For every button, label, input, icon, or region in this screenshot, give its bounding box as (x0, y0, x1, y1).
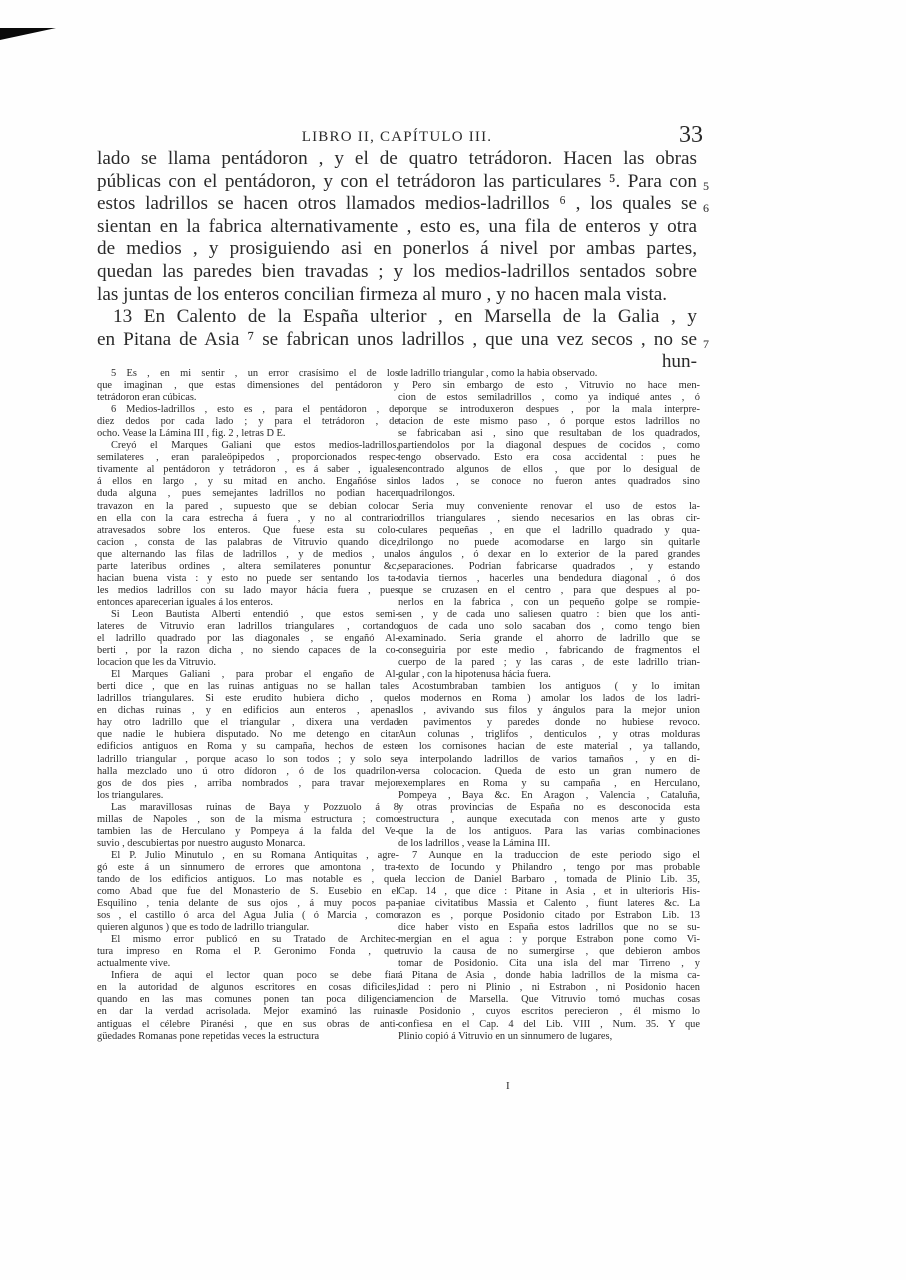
footnote-line-text: examinado. Seria grande el ahorro de lad… (398, 633, 700, 645)
main-text-line: de medios , y prosiguiendo asi en ponerl… (97, 238, 697, 261)
footnote-line: atravesados sobre los enteros. Que fuese… (97, 525, 399, 537)
footnote-line-text: 7 Aunque en la traduccion de este period… (412, 850, 700, 862)
footnote-line: á Pitana de Asia , donde habia ladrillos… (398, 970, 700, 982)
footnote-line: ocho. Vease la Lámina III , fig. 2 , let… (97, 428, 399, 440)
footnote-line-text: nerlos en la fabrica , con un pequeño go… (398, 597, 700, 609)
footnote-line-text: tivamente al pentádoron y tetrádoron , e… (97, 464, 399, 476)
footnote-line: tivamente al pentádoron y tetrádoron , e… (97, 464, 399, 476)
footnote-line-text: El P. Julio Minutulo , en su Romana Anti… (111, 850, 399, 862)
footnote-line: hay otro ladrillo que el triangular , di… (97, 717, 399, 729)
footnote-line-text: gular , con la hipotenusa hácia fuera. (398, 669, 700, 681)
footnote-line-text: versa colocacion. Queda de esto un gran … (398, 766, 700, 778)
footnote-line-text: Las maravillosas ruinas de Baya y Pozzuo… (111, 802, 399, 814)
footnote-line: que imaginan , que estas dimensiones del… (97, 380, 399, 392)
footnote-line: cion de estos semiladrillos , como ya in… (398, 392, 700, 404)
margin-footnote-marker: 7 (703, 333, 709, 356)
footnote-line: halla mezclado uno ú otro dídoron , ó de… (97, 766, 399, 778)
main-text-line: sientan en la fabrica alternativamente ,… (97, 216, 697, 239)
footnote-line-text: diez dedos por cada lado ; y para el tet… (97, 416, 399, 428)
footnote-line-text: Pompeya , Baya &c. En Aragon , Valencia … (398, 790, 700, 802)
footnote-line-text: lateres de Vitruvio eran ladrillos trian… (97, 621, 399, 633)
footnote-line: y otras provincias de España no es desco… (398, 802, 700, 814)
footnote-line-text: tetrádoron eran cúbicas. (97, 392, 399, 404)
footnote-line-text: drillos triangulares , siendo necesarios… (398, 513, 700, 525)
main-text-line: en Pitana de Asia ⁷ se fabrican unos lad… (97, 329, 697, 352)
footnote-line-text: suvio , descubiertas por nuestro augusto… (97, 838, 399, 850)
footnote-line: guos de cada uno solo sacaban dos , como… (398, 621, 700, 633)
footnote-line: El mismo error publicó en su Tratado de … (97, 934, 399, 946)
footnote-line: Aun colunas , triglifos , denticulos , y… (398, 729, 700, 741)
footnote-line-text: entonces aparecerian iguales á los enter… (97, 597, 399, 609)
line-text: públicas con el pentádoron, y con el tet… (97, 171, 697, 194)
footnote-line-text: en dar la verdad acrisolada. Mejor exami… (97, 1006, 399, 1018)
footnote-line: en los cornisones hacian de este materia… (398, 741, 700, 753)
margin-footnote-marker: 5 (703, 175, 709, 198)
footnote-line-text: exemplares en Roma y su campaña , en Her… (398, 778, 700, 790)
footnote-line-text: edificios antiguos en Roma y su campaña,… (97, 741, 399, 753)
footnote-line: llos , avivando sus filos y ángulos para… (398, 705, 700, 717)
footnote-line: güedades Romanas pone repetidas veces la… (97, 1031, 399, 1043)
footnote-line-text: cion de estos semiladrillos , como ya in… (398, 392, 700, 404)
footnote-line: Pero sin embargo de esto , Vitruvio no h… (398, 380, 700, 392)
footnote-line: les medios ladrillos con su lado mayor h… (97, 585, 399, 597)
footnote-line-text: de Posidonio , cuyos escritos perecieron… (398, 1006, 700, 1018)
line-text: las juntas de los enteros concilian firm… (97, 284, 697, 307)
footnote-line: á ellos en largo , y su mitad en ancho. … (97, 476, 399, 488)
running-title: LIBRO II, CAPÍTULO III. (97, 129, 697, 146)
footnote-line: porque se introduxeron despues , por la … (398, 404, 700, 416)
footnote-line-text: que alternando las filas de ladrillos , … (97, 549, 399, 561)
footnote-line: drilongo no puede acomodarse en largo si… (398, 537, 700, 549)
footnote-line: berti dice , que en las ruinas antiguas … (97, 681, 399, 693)
footnote-line-text: texto de Iocundo y Philandro , tengo por… (398, 862, 700, 874)
footnote-line-text: Seria muy conveniente renovar el uso de … (412, 501, 700, 513)
footnote-line: que alternando las filas de ladrillos , … (97, 549, 399, 561)
footnote-line-text: halla mezclado uno ú otro dídoron , ó de… (97, 766, 399, 778)
line-text: sientan en la fabrica alternativamente ,… (97, 216, 697, 239)
footnote-line-text: ya interpolando ladrillos de varios tama… (398, 754, 700, 766)
page-number: 33 (679, 122, 703, 149)
running-head: LIBRO II, CAPÍTULO III. 33 (97, 126, 697, 150)
footnote-line: versa colocacion. Queda de esto un gran … (398, 766, 700, 778)
footnote-line-text: truvio la causa de no sumergirse , que d… (398, 946, 700, 958)
footnote-line-text: estructura , aunque executada con menos … (398, 814, 700, 826)
footnote-line-text: travazon en la pared , supuesto que se d… (97, 501, 399, 513)
footnote-line-text: dice haber visto en España estos ladrill… (398, 922, 700, 934)
footnote-line: mergian en el agua : y porque Estrabon p… (398, 934, 700, 946)
footnote-line: Acostumbraban tambien los antiguos ( y l… (398, 681, 700, 693)
footnote-line-text: hacian buena vista : y esto no puede ser… (97, 573, 399, 585)
footnote-line: sen , y de cada uno saliesen quatro : bi… (398, 609, 700, 621)
footnote-line-text: paniae civitatibus Massia et Calento , f… (398, 898, 700, 910)
footnote-line: Si Leon Bautista Alberti entendió , que … (97, 609, 399, 621)
signature-mark: I (506, 1080, 510, 1092)
footnote-line: locacion que les da Vitruvio. (97, 657, 399, 669)
footnote-line: quieren algunos ) que es todo de ladrill… (97, 922, 399, 934)
footnote-line-text: razon es , porque Posidonio citado por E… (398, 910, 700, 922)
footnote-line-text: quadrilongos. (398, 488, 700, 500)
footnote-line-text: separaciones. Podrian fabricarse quadrad… (398, 561, 700, 573)
main-text-line: estos ladrillos se hacen otros llamados … (97, 193, 697, 216)
footnote-line: Cap. 14 , que dice : Pitane in Asia , et… (398, 886, 700, 898)
footnote-line: dice haber visto en España estos ladrill… (398, 922, 700, 934)
footnote-line-text: porque se introduxeron despues , por la … (398, 404, 700, 416)
footnote-line: Creyó el Marques Galiani que estos medio… (97, 440, 399, 452)
footnote-line-text: Si Leon Bautista Alberti entendió , que … (111, 609, 399, 621)
footnote-line-text: culares pequeñas , en que el ladrillo qu… (398, 525, 700, 537)
footnote-line-text: berti , por la razon dicha , no siendo c… (97, 645, 399, 657)
footnotes-right-column: de ladrillo triangular , como la habia o… (398, 368, 700, 1043)
footnote-line: en pavimentos y paredes donde no hubiese… (398, 717, 700, 729)
footnote-line: cuerpo de la pared ; y las caras , de es… (398, 657, 700, 669)
footnote-line: 7 Aunque en la traduccion de este period… (398, 850, 700, 862)
footnote-line-text: cacion , consta de las palabras de Vitru… (97, 537, 399, 549)
footnote-line: la leccion de Daniel Barbaro , tomada de… (398, 874, 700, 886)
footnote-line: edificios antiguos en Roma y su campaña,… (97, 741, 399, 753)
scan-corner-shadow (0, 28, 56, 40)
footnote-line-text: gos de dos pies , arriba nombrados , par… (97, 778, 399, 790)
footnote-line-text: Acostumbraban tambien los antiguos ( y l… (412, 681, 700, 693)
footnote-line-text: sen , y de cada uno saliesen quatro : bi… (398, 609, 700, 621)
footnote-line: duda alguna , pues semejantes ladrillos … (97, 488, 399, 500)
footnote-line: mencion de Marsella. Que Vitruvio tomó m… (398, 994, 700, 1006)
footnote-line-text: sos , el castillo ó arca del Agua Julia … (97, 910, 399, 922)
footnote-line-text: Aun colunas , triglifos , denticulos , y… (398, 729, 700, 741)
footnote-line-text: en pavimentos y paredes donde no hubiese… (398, 717, 700, 729)
footnote-line: separaciones. Podrian fabricarse quadrad… (398, 561, 700, 573)
footnote-line: lateres de Vitruvio eran ladrillos trian… (97, 621, 399, 633)
footnote-line-text: en ella con la cara estrecha á fuera , y… (97, 513, 399, 525)
footnote-line: en ella con la cara estrecha á fuera , y… (97, 513, 399, 525)
footnote-line-text: quando en las mas comunes ponen tan poca… (97, 994, 399, 1006)
line-text: estos ladrillos se hacen otros llamados … (97, 193, 697, 216)
footnote-line: estructura , aunque executada con menos … (398, 814, 700, 826)
footnote-line-text: les medios ladrillos con su lado mayor h… (97, 585, 399, 597)
main-text-line: las juntas de los enteros concilian firm… (97, 284, 697, 307)
footnote-line: tengo observado. Esto era cosa accidenta… (398, 452, 700, 464)
footnote-line-text: Plinio copió á Vitruvio en un sinnumero … (398, 1031, 700, 1043)
footnote-line-text: en la autoridad de algunos escritores en… (97, 982, 399, 994)
footnote-line: en la autoridad de algunos escritores en… (97, 982, 399, 994)
footnote-line-text: güedades Romanas pone repetidas veces la… (97, 1031, 399, 1043)
footnote-line-text: 6 Medios-ladrillos , esto es , para el p… (111, 404, 399, 416)
footnote-line-text: duda alguna , pues semejantes ladrillos … (97, 488, 399, 500)
footnote-line: millas de Napoles , son de la misma estr… (97, 814, 399, 826)
main-text-line: 13 En Calento de la España ulterior , en… (97, 306, 697, 329)
footnote-line: que se cruzasen en el centro , para que … (398, 585, 700, 597)
footnote-line-text: á Pitana de Asia , donde habia ladrillos… (398, 970, 700, 982)
footnote-line: actualmente vive. (97, 958, 399, 970)
footnote-line-text: y otras provincias de España no es desco… (398, 802, 700, 814)
footnote-line-text: la leccion de Daniel Barbaro , tomada de… (398, 874, 700, 886)
footnote-line: Esquilino , tenia delante de sus ojos , … (97, 898, 399, 910)
footnote-line: tambien las de Herculano y Pompeya á la … (97, 826, 399, 838)
line-text: de medios , y prosiguiendo asi en ponerl… (97, 238, 697, 261)
footnote-line: de los ladrillos , vease la Lámina III. (398, 838, 700, 850)
footnote-line: que la de los antiguos. Para las varias … (398, 826, 700, 838)
footnote-line: ya interpolando ladrillos de varios tama… (398, 754, 700, 766)
footnote-line-text: Infiera de aqui el lector quan poco se d… (111, 970, 399, 982)
footnote-line: de ladrillo triangular , como la habia o… (398, 368, 700, 380)
footnote-line-text: los lados , se conoce no fueron antes qu… (398, 476, 700, 488)
footnote-line-text: Cap. 14 , que dice : Pitane in Asia , et… (398, 886, 700, 898)
footnote-line: Pompeya , Baya &c. En Aragon , Valencia … (398, 790, 700, 802)
footnote-line-text: Creyó el Marques Galiani que estos medio… (111, 440, 399, 452)
footnote-line: los modernos en Roma ) amolar los lados … (398, 693, 700, 705)
footnote-line: tura impreso en Roma el P. Geronimo Fond… (97, 946, 399, 958)
footnote-line: Seria muy conveniente renovar el uso de … (398, 501, 700, 513)
footnote-line: texto de Iocundo y Philandro , tengo por… (398, 862, 700, 874)
footnote-line-text: tacion de este mismo paso , ó porque est… (398, 416, 700, 428)
footnote-line: suvio , descubiertas por nuestro augusto… (97, 838, 399, 850)
footnote-line: quadrilongos. (398, 488, 700, 500)
footnote-line-text: guos de cada uno solo sacaban dos , como… (398, 621, 700, 633)
footnote-line: culares pequeñas , en que el ladrillo qu… (398, 525, 700, 537)
footnote-line: en dar la verdad acrisolada. Mejor exami… (97, 1006, 399, 1018)
footnote-line: gó este á un sinnumero de errores que am… (97, 862, 399, 874)
footnote-line: los lados , se conoce no fueron antes qu… (398, 476, 700, 488)
footnote-line: todavia tiernos , hacerles una bendedura… (398, 573, 700, 585)
footnote-line: que nadie le hubiera disputado. No me de… (97, 729, 399, 741)
footnote-line-text: el ladrillo quadrado por las diagonales … (97, 633, 399, 645)
footnote-line-text: drilongo no puede acomodarse en largo si… (398, 537, 700, 549)
footnote-line: tacion de este mismo paso , ó porque est… (398, 416, 700, 428)
footnote-line: lidad : pero ni Plinio , ni Estrabon , n… (398, 982, 700, 994)
footnote-line-text: de ladrillo triangular , como la habia o… (398, 368, 700, 380)
footnote-line: tomar de Posidonio. Cita una isla del ma… (398, 958, 700, 970)
footnote-line-text: mencion de Marsella. Que Vitruvio tomó m… (398, 994, 700, 1006)
footnote-line: gos de dos pies , arriba nombrados , par… (97, 778, 399, 790)
footnote-line-text: á ellos en largo , y su mitad en ancho. … (97, 476, 399, 488)
footnote-line: gular , con la hipotenusa hácia fuera. (398, 669, 700, 681)
footnote-line: El Marques Galiani , para probar el enga… (97, 669, 399, 681)
footnote-line: examinado. Seria grande el ahorro de lad… (398, 633, 700, 645)
footnote-line: drillos triangulares , siendo necesarios… (398, 513, 700, 525)
footnote-line-text: de los ladrillos , vease la Lámina III. (398, 838, 700, 850)
footnote-line-text: llos , avivando sus filos y ángulos para… (398, 705, 700, 717)
footnote-line: conseguiria por este medio , fabricando … (398, 645, 700, 657)
line-text: lado se llama pentádoron , y el de quatr… (97, 148, 697, 171)
footnote-line: Las maravillosas ruinas de Baya y Pozzuo… (97, 802, 399, 814)
footnote-line: El P. Julio Minutulo , en su Romana Anti… (97, 850, 399, 862)
footnote-line-text: atravesados sobre los enteros. Que fuese… (97, 525, 399, 537)
footnote-line-text: que la de los antiguos. Para las varias … (398, 826, 700, 838)
footnote-line-text: hay otro ladrillo que el triangular , di… (97, 717, 399, 729)
footnote-line: truvio la causa de no sumergirse , que d… (398, 946, 700, 958)
margin-footnote-marker: 6 (703, 197, 709, 220)
footnote-line-text: Pero sin embargo de esto , Vitruvio no h… (412, 380, 700, 392)
main-text-line: públicas con el pentádoron, y con el tet… (97, 171, 697, 194)
footnote-line: partiendolos por la diagonal despues de … (398, 440, 700, 452)
footnote-line: 6 Medios-ladrillos , esto es , para el p… (97, 404, 399, 416)
footnote-line: berti , por la razon dicha , no siendo c… (97, 645, 399, 657)
footnote-line: semilateres , eran paraleöpipedos , prop… (97, 452, 399, 464)
footnote-line: exemplares en Roma y su campaña , en Her… (398, 778, 700, 790)
footnote-line-text: cuerpo de la pared ; y las caras , de es… (398, 657, 700, 669)
footnote-line-text: lidad : pero ni Plinio , ni Estrabon , n… (398, 982, 700, 994)
footnote-line: tando de los edificios antiguos. Lo mas … (97, 874, 399, 886)
footnote-line-text: semilateres , eran paraleöpipedos , prop… (97, 452, 399, 464)
footnote-line-text: tambien las de Herculano y Pompeya á la … (97, 826, 399, 838)
footnote-line-text: tengo observado. Esto era cosa accidenta… (398, 452, 700, 464)
footnote-line: de Posidonio , cuyos escritos perecieron… (398, 1006, 700, 1018)
footnote-line-text: ladrillo triangular , porque acaso lo so… (97, 754, 399, 766)
footnote-line: tetrádoron eran cúbicas. (97, 392, 399, 404)
footnote-line: Infiera de aqui el lector quan poco se d… (97, 970, 399, 982)
footnote-line-text: tomar de Posidonio. Cita una isla del ma… (398, 958, 700, 970)
footnote-line-text: que nadie le hubiera disputado. No me de… (97, 729, 399, 741)
line-text: en Pitana de Asia ⁷ se fabrican unos lad… (97, 329, 697, 352)
footnote-line-text: que se cruzasen en el centro , para que … (398, 585, 700, 597)
footnote-line-text: partiendolos por la diagonal despues de … (398, 440, 700, 452)
footnote-line-text: Esquilino , tenia delante de sus ojos , … (97, 898, 399, 910)
footnote-line: se fabricaban asi , sino que resultaban … (398, 428, 700, 440)
footnote-line: los triangulares. (97, 790, 399, 802)
footnote-line-text: mergian en el agua : y porque Estrabon p… (398, 934, 700, 946)
footnote-line-text: El Marques Galiani , para probar el enga… (111, 669, 399, 681)
footnote-line: encontrado algunos de ellos , que por lo… (398, 464, 700, 476)
footnote-line: parte lateribus ordines , altera semilat… (97, 561, 399, 573)
footnote-line-text: antiguas el célebre Piranési , que en su… (97, 1019, 399, 1031)
footnote-line: 5 Es , en mi sentir , un error crasísimo… (97, 368, 399, 380)
footnote-line-text: los ángulos , ó dexar en lo exterior de … (398, 549, 700, 561)
footnote-line: Plinio copió á Vitruvio en un sinnumero … (398, 1031, 700, 1043)
footnote-line-text: tura impreso en Roma el P. Geronimo Fond… (97, 946, 399, 958)
footnote-line: cacion , consta de las palabras de Vitru… (97, 537, 399, 549)
footnotes-left-column: 5 Es , en mi sentir , un error crasísimo… (97, 368, 399, 1043)
footnote-line-text: encontrado algunos de ellos , que por lo… (398, 464, 700, 476)
footnote-line-text: quieren algunos ) que es todo de ladrill… (97, 922, 399, 934)
footnote-line: confiesa en el Cap. 4 del Lib. VIII , Nu… (398, 1019, 700, 1031)
footnote-line-text: en dichas ruinas , y en edificios aun en… (97, 705, 399, 717)
footnote-line: entonces aparecerian iguales á los enter… (97, 597, 399, 609)
footnote-line-text: conseguiria por este medio , fabricando … (398, 645, 700, 657)
line-text: 13 En Calento de la España ulterior , en… (113, 306, 697, 329)
footnote-line-text: los modernos en Roma ) amolar los lados … (398, 693, 700, 705)
footnote-line: sos , el castillo ó arca del Agua Julia … (97, 910, 399, 922)
footnote-line: los ángulos , ó dexar en lo exterior de … (398, 549, 700, 561)
main-text-line: quedan las paredes bien travadas ; y los… (97, 261, 697, 284)
footnote-line-text: ocho. Vease la Lámina III , fig. 2 , let… (97, 428, 399, 440)
footnote-line-text: berti dice , que en las ruinas antiguas … (97, 681, 399, 693)
footnote-line-text: parte lateribus ordines , altera semilat… (97, 561, 399, 573)
footnote-line-text: actualmente vive. (97, 958, 399, 970)
footnote-line: en dichas ruinas , y en edificios aun en… (97, 705, 399, 717)
footnote-line: diez dedos por cada lado ; y para el tet… (97, 416, 399, 428)
footnote-line: ladrillo triangular , porque acaso lo so… (97, 754, 399, 766)
footnote-line-text: confiesa en el Cap. 4 del Lib. VIII , Nu… (398, 1019, 700, 1031)
footnote-line-text: gó este á un sinnumero de errores que am… (97, 862, 399, 874)
footnote-line: como Abad que fue del Monasterio de S. E… (97, 886, 399, 898)
footnote-line: hacian buena vista : y esto no puede ser… (97, 573, 399, 585)
footnote-line-text: tando de los edificios antiguos. Lo mas … (97, 874, 399, 886)
footnote-line-text: todavia tiernos , hacerles una bendedura… (398, 573, 700, 585)
footnote-line: razon es , porque Posidonio citado por E… (398, 910, 700, 922)
main-text-line: lado se llama pentádoron , y el de quatr… (97, 148, 697, 171)
footnote-line: travazon en la pared , supuesto que se d… (97, 501, 399, 513)
footnote-line: el ladrillo quadrado por las diagonales … (97, 633, 399, 645)
footnote-line-text: los triangulares. (97, 790, 399, 802)
footnote-line-text: ladrillos triangulares. Si este erudito … (97, 693, 399, 705)
footnote-line-text: se fabricaban asi , sino que resultaban … (398, 428, 700, 440)
footnote-line: paniae civitatibus Massia et Calento , f… (398, 898, 700, 910)
footnote-line-text: millas de Napoles , son de la misma estr… (97, 814, 399, 826)
footnote-line: antiguas el célebre Piranési , que en su… (97, 1019, 399, 1031)
footnote-line-text: como Abad que fue del Monasterio de S. E… (97, 886, 399, 898)
footnote-line: nerlos en la fabrica , con un pequeño go… (398, 597, 700, 609)
footnote-line-text: 5 Es , en mi sentir , un error crasísimo… (111, 368, 399, 380)
footnote-line: quando en las mas comunes ponen tan poca… (97, 994, 399, 1006)
footnote-line-text: El mismo error publicó en su Tratado de … (111, 934, 399, 946)
footnote-line: ladrillos triangulares. Si este erudito … (97, 693, 399, 705)
footnote-line-text: que imaginan , que estas dimensiones del… (97, 380, 399, 392)
footnote-line-text: en los cornisones hacian de este materia… (398, 741, 700, 753)
main-text-block: lado se llama pentádoron , y el de quatr… (97, 148, 697, 374)
footnote-line-text: locacion que les da Vitruvio. (97, 657, 399, 669)
line-text: quedan las paredes bien travadas ; y los… (97, 261, 697, 284)
